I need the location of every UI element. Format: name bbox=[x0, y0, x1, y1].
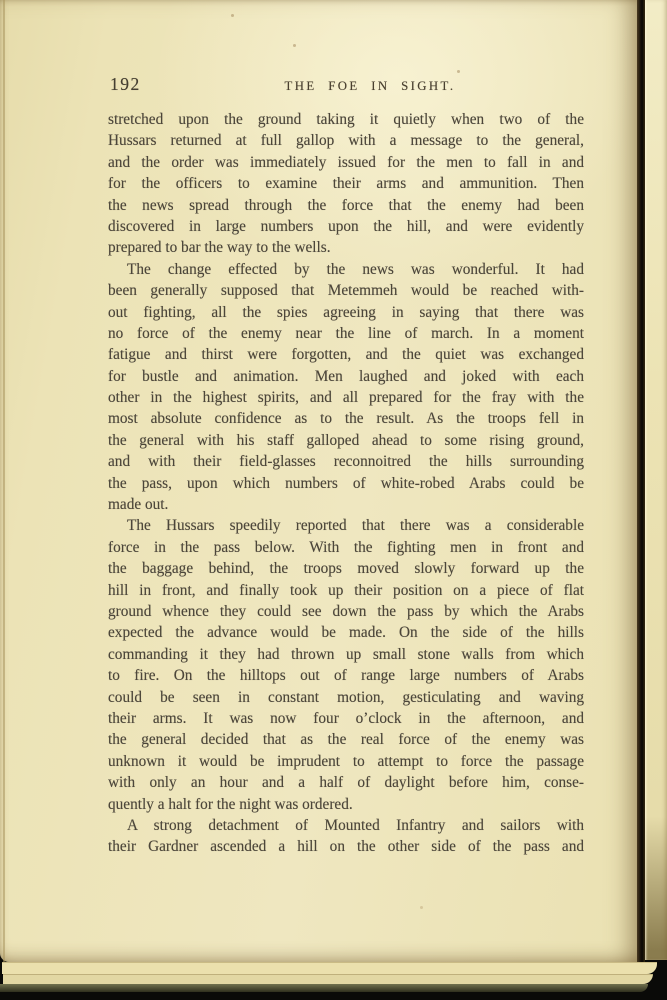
next-page-edge bbox=[645, 0, 667, 960]
page-left-edge bbox=[3, 0, 5, 962]
text-line: ground whence they could see down the pa… bbox=[108, 601, 584, 622]
text-line: for the officers to examine their arms a… bbox=[108, 173, 584, 194]
text-line: discovered in large numbers upon the hil… bbox=[108, 216, 584, 237]
text-line: hill in front, and finally took up their… bbox=[108, 580, 584, 601]
dust-speck bbox=[231, 14, 234, 17]
text-line: prepared to bar the way to the wells. bbox=[108, 237, 584, 258]
text-line: quently a halt for the night was ordered… bbox=[108, 794, 584, 815]
dust-speck bbox=[420, 906, 423, 909]
text-line: The Hussars speedily reported that there… bbox=[108, 515, 584, 536]
text-line: no force of the enemy near the line of m… bbox=[108, 323, 584, 344]
text-line: out fighting, all the spies agreeing in … bbox=[108, 302, 584, 323]
text-line: the general with his staff galloped ahea… bbox=[108, 430, 584, 451]
text-line: for bustle and animation. Men laughed an… bbox=[108, 366, 584, 387]
text-line: and with their field-glasses reconnoitre… bbox=[108, 451, 584, 472]
text-line: could be seen in constant motion, gestic… bbox=[108, 687, 584, 708]
text-line: commanding it they had thrown up small s… bbox=[108, 644, 584, 665]
book-scan: 192 THE FOE IN SIGHT. stretched upon the… bbox=[0, 0, 667, 1000]
text-line: the news spread through the force that t… bbox=[108, 195, 584, 216]
paragraph: A strong detachment of Mounted Infantry … bbox=[108, 815, 584, 858]
text-line: and the order was immediately issued for… bbox=[108, 152, 584, 173]
text-block: stretched upon the ground taking it quie… bbox=[108, 109, 584, 858]
text-line: their Gardner ascended a hill on the oth… bbox=[108, 836, 584, 857]
paragraph: stretched upon the ground taking it quie… bbox=[108, 109, 584, 259]
text-line: been generally supposed that Metemmeh wo… bbox=[108, 280, 584, 301]
text-line: other in the highest spirits, and all pr… bbox=[108, 387, 584, 408]
text-line: the general decided that as the real for… bbox=[108, 729, 584, 750]
page-stack-edge bbox=[2, 962, 657, 974]
text-line: stretched upon the ground taking it quie… bbox=[108, 109, 584, 130]
running-title: THE FOE IN SIGHT. bbox=[132, 79, 608, 94]
page-stack-edge bbox=[3, 974, 653, 984]
text-line: The change effected by the news was wond… bbox=[108, 259, 584, 280]
text-line: A strong detachment of Mounted Infantry … bbox=[108, 815, 584, 836]
text-line: the baggage behind, the troops moved slo… bbox=[108, 558, 584, 579]
paragraph: The Hussars speedily reported that there… bbox=[108, 515, 584, 814]
dust-speck bbox=[457, 70, 460, 73]
text-line: the pass, upon which numbers of white-ro… bbox=[108, 473, 584, 494]
book-cover-edge bbox=[0, 984, 648, 992]
text-line: to fire. On the hilltops out of range la… bbox=[108, 665, 584, 686]
text-line: unknown it would be imprudent to attempt… bbox=[108, 751, 584, 772]
dust-speck bbox=[293, 44, 296, 47]
book-gutter-shadow bbox=[637, 0, 645, 968]
text-line: made out. bbox=[108, 494, 584, 515]
paragraph: The change effected by the news was wond… bbox=[108, 259, 584, 516]
text-line: force in the pass below. With the fighti… bbox=[108, 537, 584, 558]
book-page: 192 THE FOE IN SIGHT. stretched upon the… bbox=[0, 0, 639, 962]
text-line: most absolute confidence as to the resul… bbox=[108, 408, 584, 429]
text-line: expected the advance would be made. On t… bbox=[108, 622, 584, 643]
text-line: with only an hour and a half of daylight… bbox=[108, 772, 584, 793]
text-line: Hussars returned at full gallop with a m… bbox=[108, 130, 584, 151]
text-line: their arms. It was now four o’clock in t… bbox=[108, 708, 584, 729]
text-line: fatigue and thirst were forgotten, and t… bbox=[108, 344, 584, 365]
